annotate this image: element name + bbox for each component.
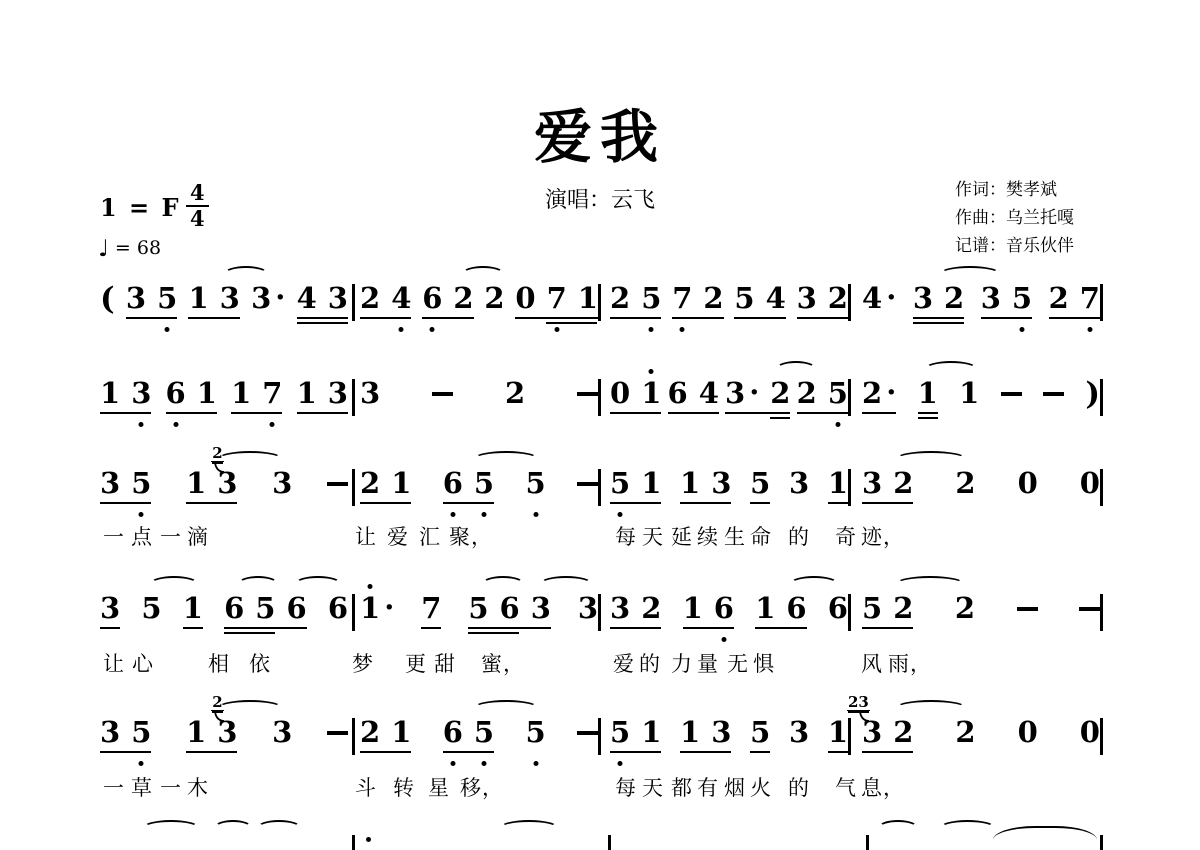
note-digit: 1 xyxy=(231,378,251,409)
octave-dot-low xyxy=(450,761,455,766)
augmentation-dot: · xyxy=(886,378,896,409)
double-underline xyxy=(468,632,519,634)
barline xyxy=(1100,379,1103,416)
barline xyxy=(352,469,355,506)
note-digit: 1 xyxy=(186,468,206,499)
octave-dot-low xyxy=(430,327,435,332)
note: 1 xyxy=(641,468,661,499)
lyric-text: 天 xyxy=(642,772,664,802)
slur-icon xyxy=(896,451,966,466)
note-digit: 6 xyxy=(443,468,463,499)
note: 1 xyxy=(231,378,251,409)
note-group: 13 xyxy=(680,717,731,748)
note: 0 xyxy=(1080,717,1100,748)
note: 1 xyxy=(828,468,848,499)
note: 2 xyxy=(770,378,790,409)
note-digit: 3 xyxy=(360,378,380,409)
note: 2 xyxy=(893,717,913,748)
note: 1 xyxy=(755,593,775,624)
note-group: 2 xyxy=(505,378,525,409)
note: 5 xyxy=(525,717,545,748)
note: 2 xyxy=(893,468,913,499)
sheet-music-page: 爱我 演唱：云飞 作词：樊孝斌 作曲：乌兰托嘎 记谱：音乐伙伴 1 = F 4 … xyxy=(0,0,1200,850)
lyric-text: 惧 xyxy=(753,648,775,678)
note-digit: 2 xyxy=(955,717,975,748)
note-digit: 1 xyxy=(188,283,208,314)
note-digit: 2 xyxy=(797,378,817,409)
note: 23 xyxy=(217,468,237,499)
note: 6 xyxy=(500,593,520,624)
note-digit: 0 xyxy=(1018,468,1038,499)
note: 2 xyxy=(955,593,975,624)
note: 7 xyxy=(672,283,692,314)
note-digit: 3 xyxy=(251,283,271,314)
octave-dot-low xyxy=(139,422,144,427)
measure: 3216166 xyxy=(610,593,848,624)
octave-dot-low xyxy=(1019,327,1024,332)
lyric-text: 一 xyxy=(160,772,182,802)
barline xyxy=(1100,718,1103,755)
note-digit: 6 xyxy=(286,593,306,624)
lyric-text: 爱 xyxy=(613,648,635,678)
note: 4· xyxy=(862,283,896,314)
note: 3· xyxy=(251,283,285,314)
note: 3 xyxy=(578,593,598,624)
note-digit: 5 xyxy=(750,468,770,499)
note: 2 xyxy=(484,283,504,314)
note: 3 xyxy=(711,717,731,748)
octave-dot-low xyxy=(165,327,170,332)
note-group: 3 xyxy=(272,468,292,499)
note: 1 xyxy=(186,717,206,748)
lyric-text: 蜜， xyxy=(481,648,525,678)
octave-dot-low xyxy=(139,512,144,517)
note-group: 0 xyxy=(1080,468,1100,499)
note: 3 xyxy=(328,378,348,409)
augmentation-dot: · xyxy=(275,283,285,314)
note-group: 65 xyxy=(443,717,494,748)
note: 1 xyxy=(391,468,411,499)
slur-icon xyxy=(214,820,252,835)
note-digit: 3 xyxy=(797,283,817,314)
barline xyxy=(608,835,611,850)
dash-note xyxy=(1043,392,1064,396)
note-digit: 6 xyxy=(786,593,806,624)
note-digit: 0 xyxy=(1018,717,1038,748)
note-group: 1 xyxy=(959,378,979,409)
parenthesis: ) xyxy=(1085,378,1100,411)
note-group: 2332 xyxy=(862,717,913,748)
note-digit: 2 xyxy=(862,378,882,409)
note: 5 xyxy=(141,593,161,624)
barline xyxy=(866,835,869,850)
note-group: 5 xyxy=(750,468,770,499)
lyric-text: 每 xyxy=(615,772,637,802)
note-digit: 2 xyxy=(505,378,525,409)
note: 2 xyxy=(360,283,380,314)
note-group: 32 xyxy=(610,593,661,624)
note-digit: 5 xyxy=(641,283,661,314)
note-group: 0 xyxy=(1018,717,1038,748)
note-group: 24 xyxy=(360,283,411,314)
note-group: 0 xyxy=(1080,717,1100,748)
note-digit: 4 xyxy=(766,283,786,314)
lyric-text: 的 xyxy=(788,772,810,802)
note-digit: 4 xyxy=(297,283,317,314)
note-group: 35 xyxy=(126,283,177,314)
slur-icon xyxy=(940,820,995,835)
lyric-text: 气 xyxy=(835,772,857,802)
note-group: 3 xyxy=(272,717,292,748)
note-digit: 3 xyxy=(217,717,237,748)
note: 3 xyxy=(272,468,292,499)
lyric-text: 滴 xyxy=(187,521,209,551)
barline xyxy=(598,469,601,506)
note-digit: 4 xyxy=(862,283,882,314)
note: 3 xyxy=(272,717,292,748)
slur-icon xyxy=(238,576,278,591)
lyric-text: 雨， xyxy=(888,648,932,678)
note-digit: 6 xyxy=(828,593,848,624)
note-digit: 1 xyxy=(959,378,979,409)
lyric-text: 斗 xyxy=(355,772,377,802)
note-digit: 1 xyxy=(680,717,700,748)
note: 3 xyxy=(131,378,151,409)
slur-icon xyxy=(540,576,592,591)
note-digit: 2 xyxy=(360,283,380,314)
note-group: 6 xyxy=(828,593,848,624)
note-digit: 1 xyxy=(578,283,598,314)
note: 2 xyxy=(505,378,525,409)
note: 2 xyxy=(1049,283,1069,314)
note-digit: 3 xyxy=(328,378,348,409)
note-group: 7 xyxy=(421,593,441,624)
note: 6 xyxy=(828,593,848,624)
note: 7 xyxy=(1080,283,1100,314)
octave-dot-low xyxy=(649,327,654,332)
lyric-text: 生 xyxy=(724,521,746,551)
note-digit: 1 xyxy=(391,717,411,748)
lyric-text: 无 xyxy=(727,648,749,678)
note-digit: 5 xyxy=(474,468,494,499)
slur-icon xyxy=(474,700,538,715)
note-digit: 1 xyxy=(197,378,217,409)
barline xyxy=(598,379,601,416)
note-digit: 1 xyxy=(297,378,317,409)
measure: 4·323527 xyxy=(862,283,1100,314)
note-digit: 5 xyxy=(157,283,177,314)
note-group: 51 xyxy=(610,468,661,499)
lyric-text: 迹， xyxy=(861,521,905,551)
dash-note xyxy=(327,731,348,735)
note-group: 5 xyxy=(141,593,161,624)
note: 5 xyxy=(750,468,770,499)
parenthesis: ( xyxy=(100,283,115,316)
note-group: 2· xyxy=(862,378,896,409)
note-group: 071 xyxy=(515,283,598,314)
notation-area: (35133·4324622071257254324·3235271361171… xyxy=(0,0,1200,850)
note: 1 xyxy=(297,378,317,409)
octave-dot-low xyxy=(173,422,178,427)
note: 3 xyxy=(610,593,630,624)
dash-note xyxy=(1001,392,1022,396)
note-group: 5 xyxy=(525,717,545,748)
note: 7 xyxy=(547,283,567,314)
note: 3 xyxy=(100,593,120,624)
note: 5 xyxy=(610,717,630,748)
note-digit: 3 xyxy=(862,717,882,748)
note: 4 xyxy=(766,283,786,314)
note: 0 xyxy=(1018,717,1038,748)
lyric-text: 命 xyxy=(750,521,772,551)
note-digit: 1 xyxy=(641,468,661,499)
note-digit: 5 xyxy=(131,717,151,748)
note-group: 64 xyxy=(668,378,719,409)
lyric-text: 星 xyxy=(428,772,450,802)
note: 6 xyxy=(443,468,463,499)
lyric-text: 聚， xyxy=(449,521,493,551)
note: 2 xyxy=(955,468,975,499)
note: 1· xyxy=(360,593,394,624)
dash-note xyxy=(577,392,598,396)
note: 3 xyxy=(789,717,809,748)
octave-dot-low xyxy=(554,327,559,332)
slur-icon xyxy=(896,576,964,591)
slur-icon xyxy=(500,820,558,835)
note: 2 xyxy=(360,468,380,499)
note: 2 xyxy=(955,717,975,748)
lyric-text: 的 xyxy=(639,648,661,678)
note-group: 1 xyxy=(828,717,848,748)
note: 3 xyxy=(862,468,882,499)
slur-icon xyxy=(878,820,918,835)
note-digit: 2 xyxy=(944,283,964,314)
note: 1 xyxy=(100,378,120,409)
note: 3 xyxy=(100,468,120,499)
note-group: 3 xyxy=(789,468,809,499)
note: 2· xyxy=(862,378,896,409)
measure: 522 xyxy=(862,593,1100,624)
barline xyxy=(598,594,601,631)
barline xyxy=(352,594,355,631)
lyric-text: 续 xyxy=(697,521,719,551)
dash-note xyxy=(577,482,598,486)
double-underline xyxy=(224,632,275,634)
slur-icon xyxy=(896,700,966,715)
barline xyxy=(352,718,355,755)
note: 5 xyxy=(131,468,151,499)
lyric-text: 天 xyxy=(642,521,664,551)
note: 4 xyxy=(297,283,317,314)
note-digit: 0 xyxy=(1080,468,1100,499)
note-digit: 2 xyxy=(893,717,913,748)
measure: 3516566 xyxy=(100,593,348,624)
octave-dot-high xyxy=(368,584,373,589)
note-group: 5 xyxy=(525,468,545,499)
note-digit: 3 xyxy=(131,378,151,409)
note-digit: 2 xyxy=(955,468,975,499)
note-group: 2 xyxy=(955,593,975,624)
dash-note xyxy=(432,392,453,396)
note-group: 35 xyxy=(100,717,151,748)
note-digit: 3 xyxy=(981,283,1001,314)
note: 6 xyxy=(714,593,734,624)
note-digit: 2 xyxy=(360,717,380,748)
note-digit: 0 xyxy=(515,283,535,314)
note-group: 43 xyxy=(297,283,348,314)
octave-dot-low xyxy=(533,761,538,766)
note-group: 65 xyxy=(443,468,494,499)
note-digit: 1 xyxy=(360,593,380,624)
note-digit: 3 xyxy=(100,468,120,499)
lyric-text: 爱 xyxy=(387,521,409,551)
note-group: 72 xyxy=(672,283,723,314)
note-digit: 6 xyxy=(328,593,348,624)
note-digit: 2 xyxy=(360,468,380,499)
note-digit: 2 xyxy=(828,283,848,314)
measure: 32200 xyxy=(862,468,1100,499)
note-group: 3 xyxy=(578,593,598,624)
octave-dot-low xyxy=(270,422,275,427)
slur-icon xyxy=(940,266,1000,281)
double-underline xyxy=(546,322,597,324)
note: 5 xyxy=(862,593,882,624)
measure: 32 xyxy=(360,378,598,409)
note-digit: 3 xyxy=(272,468,292,499)
lyric-text: 让 xyxy=(355,521,377,551)
note-group: 3 xyxy=(789,717,809,748)
barline xyxy=(848,379,851,416)
measure: 2332200 xyxy=(862,717,1100,748)
note-digit: 6 xyxy=(443,717,463,748)
note: 1 xyxy=(183,593,203,624)
note: 1 xyxy=(391,717,411,748)
octave-dot-low xyxy=(1087,327,1092,332)
lyric-text: 草 xyxy=(131,772,153,802)
note-group: 35 xyxy=(100,468,151,499)
lyric-text: 点 xyxy=(131,521,153,551)
note-digit: 3 xyxy=(711,717,731,748)
lyric-text: 一 xyxy=(160,521,182,551)
note-digit: 7 xyxy=(421,593,441,624)
measure: 21655 xyxy=(360,468,598,499)
note-group: 6 xyxy=(328,593,348,624)
note: 4 xyxy=(699,378,719,409)
note-digit: 7 xyxy=(672,283,692,314)
note-group: 21 xyxy=(360,717,411,748)
note-digit: 2 xyxy=(1049,283,1069,314)
note-group: 25 xyxy=(797,378,848,409)
barline xyxy=(352,284,355,321)
note: 0 xyxy=(515,283,535,314)
lyric-text: 的 xyxy=(788,521,810,551)
note-digit: 2 xyxy=(955,593,975,624)
note-digit: 3 xyxy=(100,593,120,624)
note-group: 51 xyxy=(610,717,661,748)
note-group: 1 xyxy=(183,593,203,624)
note-digit: 3 xyxy=(126,283,146,314)
note-group: 54 xyxy=(734,283,785,314)
note: 1 xyxy=(188,283,208,314)
lyric-text: 移， xyxy=(460,772,504,802)
lyric-text: 都 xyxy=(671,772,693,802)
note: 5 xyxy=(468,593,488,624)
note-digit: 3 xyxy=(789,717,809,748)
note-group: 16 xyxy=(683,593,734,624)
note-group: 123 xyxy=(186,468,237,499)
note-digit: 1 xyxy=(391,468,411,499)
note: 2 xyxy=(893,593,913,624)
note: 233 xyxy=(862,717,882,748)
note-group: 13 xyxy=(188,283,239,314)
lyric-text: 烟 xyxy=(724,772,746,802)
note-digit: 5 xyxy=(610,717,630,748)
note-digit: 5 xyxy=(610,468,630,499)
lyric-text: 心 xyxy=(132,648,154,678)
lyric-text: 有 xyxy=(697,772,719,802)
note-digit: 7 xyxy=(262,378,282,409)
note-digit: 7 xyxy=(547,283,567,314)
note-group: 17 xyxy=(231,378,282,409)
slur-icon xyxy=(257,820,301,835)
note-digit: 3 xyxy=(711,468,731,499)
note: 6 xyxy=(786,593,806,624)
note-digit: 1 xyxy=(918,378,938,409)
lyric-text: 一 xyxy=(103,772,125,802)
slur-icon xyxy=(776,361,816,376)
note: 6 xyxy=(668,378,688,409)
lyric-text: 甜 xyxy=(434,648,456,678)
note-digit: 3 xyxy=(578,593,598,624)
lyric-text: 汇 xyxy=(419,521,441,551)
note-group: 01 xyxy=(610,378,661,409)
octave-dot-low xyxy=(533,512,538,517)
note: 6 xyxy=(224,593,244,624)
note: 3 xyxy=(797,283,817,314)
note: 3 xyxy=(328,283,348,314)
note-group: 1· xyxy=(360,593,394,624)
note-digit: 6 xyxy=(668,378,688,409)
note: 6 xyxy=(166,378,186,409)
note: 2 xyxy=(360,717,380,748)
slur-icon xyxy=(150,576,198,591)
note: 5 xyxy=(734,283,754,314)
note: 23 xyxy=(217,717,237,748)
note: 3 xyxy=(789,468,809,499)
note: 3· xyxy=(725,378,759,409)
note-digit: 1 xyxy=(641,378,661,409)
barline xyxy=(1100,284,1103,321)
note-digit: 2 xyxy=(484,283,504,314)
dash-note xyxy=(577,731,598,735)
note: 1 xyxy=(959,378,979,409)
note-group: 1 xyxy=(918,378,938,409)
slur-icon xyxy=(224,266,268,281)
note-digit: 5 xyxy=(525,468,545,499)
note: 4 xyxy=(391,283,411,314)
note-digit: 3 xyxy=(100,717,120,748)
barline xyxy=(848,718,851,755)
note-group: 3· xyxy=(251,283,285,314)
octave-dot-low xyxy=(482,512,487,517)
measure: 24622071 xyxy=(360,283,598,314)
note-digit: 3 xyxy=(272,717,292,748)
note-group: 16 xyxy=(755,593,806,624)
note: 1 xyxy=(828,717,848,748)
barline xyxy=(848,469,851,506)
note: 2 xyxy=(828,283,848,314)
note: 5 xyxy=(157,283,177,314)
